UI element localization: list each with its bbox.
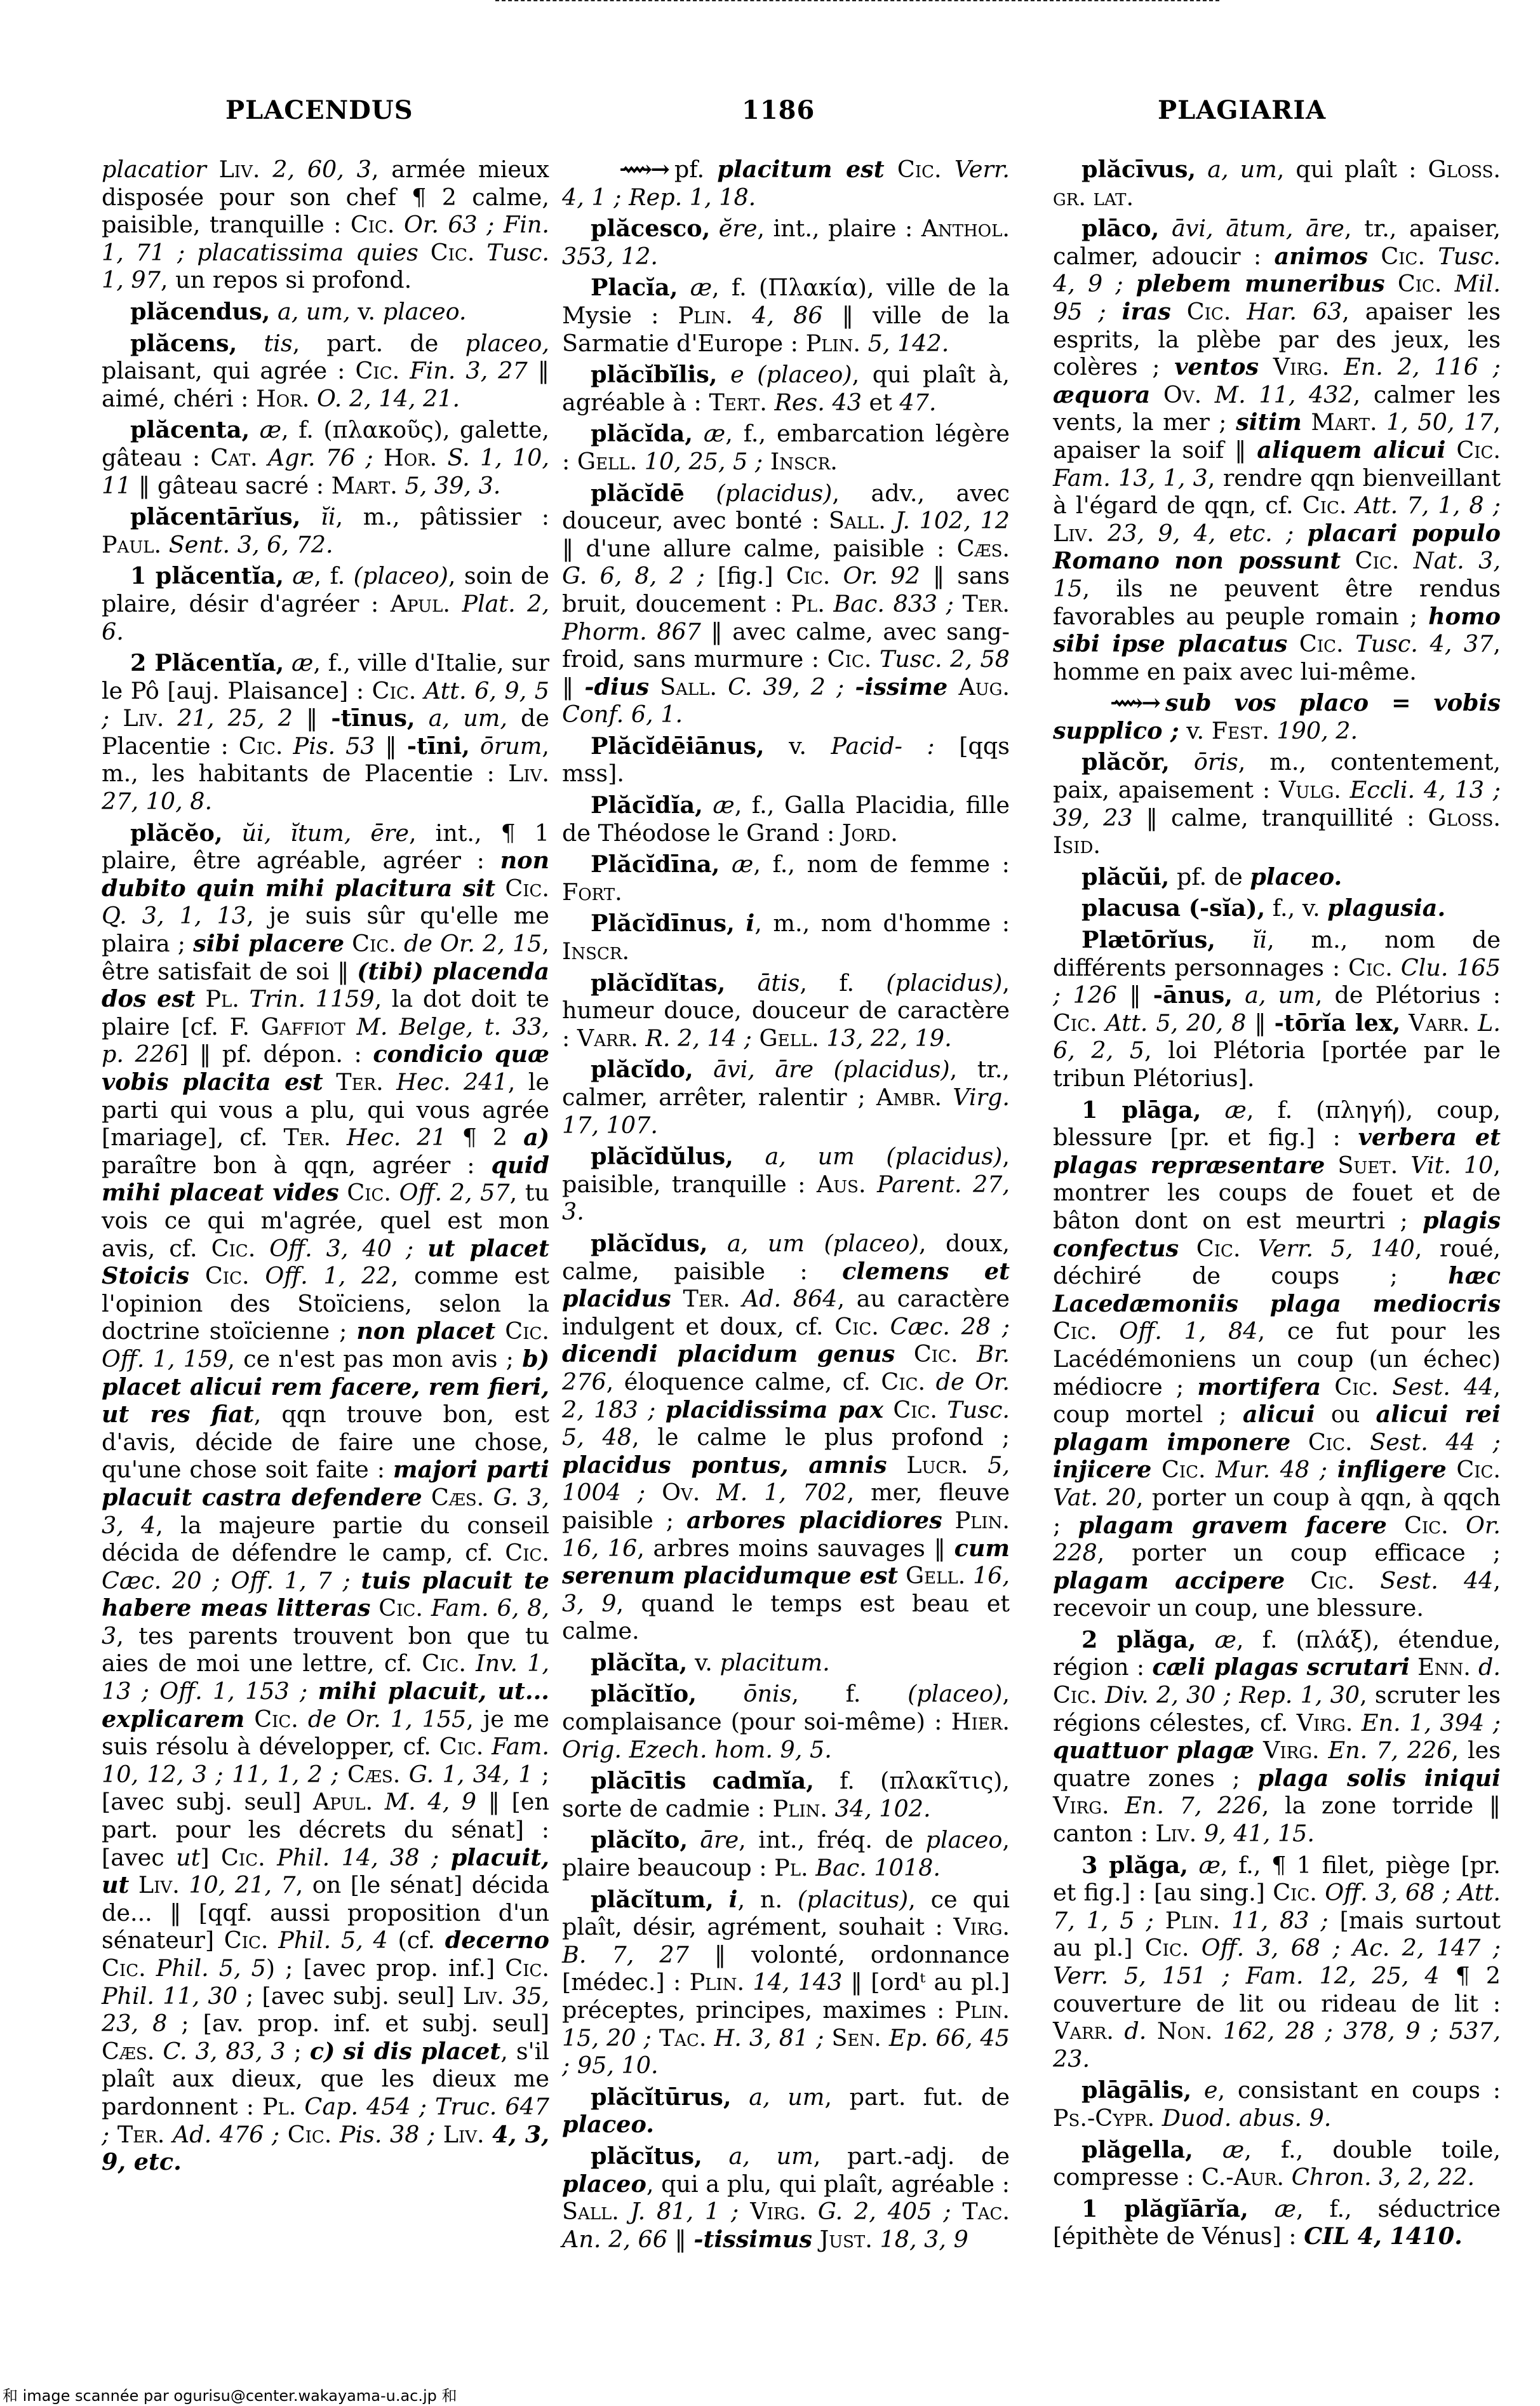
- entry-text: [495, 875, 505, 902]
- column-right: plăcīvus, a, um, qui plaît : Gloss. gr. …: [1053, 156, 1501, 2254]
- entry-text: [1341, 547, 1355, 574]
- entry-text: [423, 1594, 431, 1622]
- entry-text: Suet.: [1337, 1152, 1398, 1179]
- entry-text: [808, 1854, 816, 1881]
- entry-text: Ov.: [1163, 381, 1202, 408]
- entry-text: [1254, 1737, 1263, 1764]
- entry-text: ‖: [667, 2226, 693, 2253]
- entry-text: [1445, 436, 1456, 464]
- entry-text: Sest. 44: [1380, 1567, 1493, 1594]
- dictionary-entry: plăcĭbĭlis, e (placeo), qui plaît à, agr…: [562, 361, 1010, 416]
- entry-text: i: [729, 1886, 738, 1913]
- entry-text: Cat.: [210, 444, 257, 471]
- entry-text: Hec. 21: [347, 1124, 446, 1151]
- headword: plăcĭtūrus,: [591, 2083, 732, 2111]
- entry-text: æ: [1215, 1626, 1236, 1653]
- left-guide-word: PLACENDUS: [225, 95, 413, 125]
- entry-text: Virg.: [953, 1913, 1010, 1940]
- entry-text: [714, 1886, 729, 1913]
- entry-text: ĭi: [321, 503, 335, 530]
- entry-text: [671, 1285, 683, 1312]
- entry-text: [1154, 1907, 1165, 1934]
- entry-text: , la majeure partie du conseil décida de…: [102, 1512, 549, 1567]
- entry-text: [161, 531, 169, 558]
- entry-text: Virg.: [1263, 1737, 1320, 1764]
- entry-text: alicui: [1243, 1401, 1315, 1428]
- entry-text: tis: [264, 330, 292, 357]
- dictionary-entry: plăgella, æ, f., double toile, compresse…: [1053, 2136, 1501, 2191]
- entry-text: , f.: [314, 562, 354, 589]
- entry-text: [951, 2198, 963, 2225]
- entry-text: Cic.: [1187, 298, 1231, 325]
- entry-text: d.: [1124, 2017, 1146, 2045]
- entry-text: [1189, 1934, 1201, 1961]
- entry-text: [730, 1285, 742, 1312]
- entry-text: placidus pontus, amnis: [562, 1451, 887, 1479]
- entry-text: , éloquence calme, cf.: [606, 1368, 881, 1395]
- entry-text: Hec. 241: [396, 1068, 508, 1096]
- dictionary-entry: plăcĭta, v. placitum.: [562, 1649, 1010, 1677]
- entry-text: Cic.: [505, 1954, 549, 1982]
- entry-text: [495, 1317, 505, 1345]
- entry-text: Cic.: [505, 875, 549, 902]
- entry-text: ou: [1315, 1401, 1376, 1428]
- entry-text: [700, 1479, 716, 1506]
- dictionary-entry: plăcĭdo, āvi, āre (placidus), tr., calme…: [562, 1056, 1010, 1139]
- page-header: PLACENDUS 1186 PLAGIARIA: [0, 95, 1540, 127]
- entry-text: , m., pâtissier :: [336, 503, 550, 530]
- dictionary-entry: Plăcĭdēiānus, v. Pacid- : [qqs mss].: [562, 732, 1010, 788]
- entry-text: [437, 444, 447, 471]
- entry-text: Off. 1, 22: [265, 1262, 391, 1289]
- entry-text: Verr. 5, 140: [1258, 1235, 1415, 1262]
- dictionary-entry: plăcentārĭus, ĭi, m., pâtissier : Paul. …: [102, 503, 549, 558]
- entry-text: , arbres moins sauvages ‖: [637, 1535, 954, 1562]
- entry-text: [339, 1179, 347, 1206]
- dictionary-entry: plăcĭda, æ, f., embarcation légère : Gel…: [562, 420, 1010, 475]
- entry-text: iras: [1122, 298, 1171, 325]
- entry-text: [255, 1235, 269, 1262]
- entry-text: [652, 2024, 659, 2052]
- dictionary-entry: 2 plăga, æ, f. (πλάξ), étendue, région :…: [1053, 1626, 1501, 1848]
- entry-text: Cic.: [505, 1539, 549, 1566]
- entry-text: Lucr.: [906, 1451, 968, 1479]
- entry-text: [866, 1171, 877, 1198]
- entry-text: [1196, 156, 1207, 183]
- entry-text: Cic.: [1162, 1456, 1206, 1483]
- entry-text: d.: [1478, 1653, 1501, 1681]
- entry-text: Apul.: [391, 590, 450, 617]
- entry-text: 10, 21, 7: [189, 1871, 295, 1899]
- entry-text: [1097, 1317, 1120, 1345]
- dictionary-entry: plăcĕo, ŭi, ĭtum, ēre, int., ¶ 1 plaire,…: [102, 819, 549, 2176]
- entry-text: Duod. abus. 9.: [1162, 2104, 1332, 2132]
- entry-text: si dis placet: [343, 2038, 500, 2065]
- entry-text: Cic.: [351, 211, 395, 238]
- entry-text: [1191, 2076, 1204, 2104]
- entry-text: Varr.: [577, 1025, 638, 1052]
- entry-text: -dius: [584, 673, 649, 701]
- entry-text: [752, 1025, 760, 1052]
- entry-text: [345, 1013, 357, 1040]
- scan-top-edge: [495, 0, 1219, 3]
- entry-text: [812, 2226, 820, 2253]
- entry-text: [384, 1068, 396, 1096]
- entry-text: , part. fut. de: [824, 2083, 1010, 2111]
- entry-text: Res. 43: [774, 389, 861, 416]
- entry-text: e: [1204, 2076, 1218, 2104]
- entry-text: Cic.: [221, 1844, 265, 1871]
- scan-credit: 和 image scannée par ogurisu@center.wakay…: [3, 2383, 457, 2405]
- entry-text: Cic.: [1310, 1567, 1355, 1594]
- entry-text: [415, 704, 429, 732]
- headword: plăcĭtus,: [591, 2142, 702, 2170]
- entry-text: Phil. 5, 4: [278, 1926, 388, 1954]
- entry-text: -ānus,: [1153, 981, 1233, 1009]
- entry-text: ut: [176, 1844, 200, 1871]
- entry-text: [824, 2024, 832, 2052]
- entry-text: [645, 1479, 662, 1506]
- entry-text: , f.: [791, 1680, 907, 1707]
- headword: plăcĭdē: [591, 480, 685, 507]
- entry-text: Liv.: [123, 704, 164, 732]
- entry-text: æ: [1275, 2195, 1296, 2222]
- entry-text: Vat. 20: [1053, 1484, 1136, 1511]
- entry-text: Sent. 3, 6, 72.: [169, 531, 333, 558]
- entry-text: Fin. 3, 27: [410, 357, 527, 384]
- entry-text: , consistant en coups :: [1218, 2076, 1501, 2104]
- entry-text: Off. 1, 159: [102, 1345, 227, 1373]
- entry-text: Mur. 48 ;: [1215, 1456, 1327, 1483]
- entry-text: [1368, 243, 1381, 270]
- headword: 1 plāga,: [1081, 1096, 1201, 1124]
- entry-text: Cic.: [1053, 1681, 1097, 1709]
- entry-text: 47.: [899, 389, 936, 416]
- entry-text: Cic.: [1308, 1428, 1353, 1456]
- entry-text: [206, 156, 219, 183]
- entry-text: [718, 361, 731, 388]
- entry-text: [947, 673, 958, 701]
- entry-text: [1353, 1428, 1370, 1456]
- entry-text: [942, 1084, 953, 1111]
- entry-text: Gell.: [906, 1562, 965, 1589]
- entry-text: [485, 2121, 493, 2148]
- entry-text: [416, 677, 424, 704]
- entry-text: [1196, 1626, 1215, 1653]
- entry-text: [335, 2038, 343, 2065]
- entry-text: Non.: [1157, 2017, 1213, 2045]
- entry-text: (cf.: [388, 1926, 445, 1954]
- entry-text: infligere: [1337, 1456, 1447, 1483]
- entry-text: Cic.: [352, 930, 396, 957]
- entry-text: Pis. 53: [293, 732, 375, 760]
- dictionary-entry: plăcĭtūrus, a, um, part. fut. de placeo.: [562, 2083, 1010, 2139]
- entry-text: (placidus): [886, 969, 1002, 997]
- entry-text: [1231, 298, 1247, 325]
- entry-text: (placeo): [354, 562, 448, 589]
- entry-text: Off. 3, 40 ;: [269, 1235, 413, 1262]
- entry-text: æ: [732, 850, 753, 878]
- entry-text: Hier.: [951, 1708, 1010, 1735]
- entry-text: [189, 1262, 205, 1289]
- entry-text: [331, 2121, 340, 2148]
- entry-text: R. 2, 14 ;: [645, 1025, 751, 1052]
- entry-text: f., v.: [1265, 894, 1327, 922]
- headword: placusa (-sĭa),: [1081, 894, 1265, 922]
- headword: plăcĭdŭlus,: [591, 1143, 733, 1170]
- entry-text: [732, 2083, 749, 2111]
- entry-text: , de Plétorius :: [1315, 981, 1501, 1009]
- entry-text: Cic.: [439, 1733, 484, 1760]
- entry-text: 34, 102.: [835, 1795, 931, 1822]
- entry-text: a, um,: [278, 298, 351, 325]
- entry-text: Virg.: [1273, 353, 1330, 380]
- entry-text: Cic.: [1273, 1879, 1317, 1906]
- entry-text: [270, 298, 278, 325]
- dictionary-entry: plăcītis cadmĭa, f. (πλακῖτις), sorte de…: [562, 1767, 1010, 1822]
- entry-text: [619, 2198, 631, 2225]
- entry-text: [1240, 1235, 1258, 1262]
- entry-text: Plin.: [1165, 1907, 1220, 1934]
- entry-text: b): [522, 1345, 549, 1373]
- headword: plăcĭtum,: [591, 1886, 714, 1913]
- entry-text: Cic.: [378, 1594, 423, 1622]
- entry-text: [1329, 353, 1344, 380]
- entry-text: Hor.: [384, 444, 437, 471]
- entry-text: H. 3, 81 ;: [714, 2024, 824, 2052]
- entry-text: Gell.: [759, 1025, 819, 1052]
- entry-text: [435, 2121, 443, 2148]
- entry-text: 190, 2.: [1276, 717, 1358, 744]
- headword: plăcŏr,: [1081, 748, 1170, 776]
- entry-text: En. 1, 394 ;: [1362, 1709, 1501, 1737]
- entry-text: [422, 1484, 431, 1511]
- entry-text: a, um,: [429, 704, 507, 732]
- entry-text: [1400, 1009, 1409, 1037]
- entry-text: pf. de: [1169, 863, 1250, 890]
- entry-text: B. 7, 27: [562, 1941, 689, 1968]
- entry-text: [396, 930, 404, 957]
- entry-text: i: [746, 910, 754, 937]
- entry-text: c): [310, 2038, 335, 2065]
- dictionary-entry: Plăcĭdīnus, i, m., nom d'homme : Inscr.: [562, 910, 1010, 965]
- entry-text: Cic.: [1456, 1456, 1501, 1483]
- entry-text: æ: [1222, 2136, 1244, 2163]
- entry-text: [109, 2121, 117, 2148]
- entry-text: C.-Aur.: [1202, 2163, 1284, 2191]
- entry-text: [1212, 2017, 1223, 2045]
- entry-text: [763, 448, 770, 475]
- entry-text: Pl.: [774, 1854, 808, 1881]
- entry-text: [283, 732, 293, 760]
- entry-text: placidissima pax: [666, 1396, 883, 1423]
- entry-text: [1379, 1373, 1392, 1401]
- entry-text: [942, 156, 954, 183]
- entry-text: [323, 1068, 336, 1096]
- entry-text: [1399, 547, 1413, 574]
- entry-text: [109, 704, 123, 732]
- dictionary-entry: plăcenta, æ, f. (πλακοῦς), galette, gâte…: [102, 416, 549, 499]
- entry-text: placeo: [562, 2170, 646, 2198]
- headword: plăcĭdus,: [591, 1230, 707, 1257]
- entry-text: placatior: [102, 156, 206, 183]
- entry-text: arbores placidiores: [686, 1507, 942, 1534]
- entry-text: Sall.: [660, 673, 717, 701]
- entry-text: æ: [1225, 1096, 1247, 1124]
- entry-text: , le calme le plus profond ;: [632, 1423, 1010, 1451]
- entry-text: æ: [292, 562, 314, 589]
- entry-text: [373, 1788, 385, 1815]
- entry-text: [1215, 926, 1252, 953]
- headword: Plăcĭdīnus,: [591, 910, 735, 937]
- headword: plăcŭi,: [1081, 863, 1169, 890]
- entry-text: [265, 1844, 277, 1871]
- entry-text: [830, 562, 843, 589]
- entry-text: [881, 2024, 889, 2052]
- entry-text: , porter un coup efficace ;: [1097, 1539, 1501, 1566]
- entry-text: Liv.: [463, 1982, 504, 2010]
- entry-text: Pl.: [205, 985, 239, 1012]
- entry-text: plaga solis iniqui: [1257, 1764, 1501, 1792]
- entry-text: [1097, 1681, 1105, 1709]
- entry-text: [1123, 270, 1136, 297]
- entry-text: ‖: [1246, 1009, 1274, 1037]
- entry-text: Tac.: [659, 2024, 707, 2052]
- entry-text: [470, 732, 480, 760]
- entry-text: , ce n'est pas mon avis ;: [227, 1345, 522, 1373]
- entry-text: Cic.: [1196, 1235, 1241, 1262]
- entry-text: plagam accipere: [1053, 1567, 1285, 1594]
- column-left: placatior Liv. 2, 60, 3, armée mieux dis…: [102, 156, 549, 2180]
- entry-text: decerno: [445, 1926, 549, 1954]
- headword: plăcītis cadmĭa,: [591, 1767, 814, 1794]
- entry-text: [819, 1025, 827, 1052]
- entry-text: [1196, 1820, 1204, 1847]
- entry-text: [237, 330, 264, 357]
- entry-text: Sest. 44: [1392, 1373, 1493, 1401]
- entry-text: [250, 1262, 265, 1289]
- entry-text: [883, 1396, 893, 1423]
- entry-text: v.: [351, 298, 383, 325]
- entry-text: [1410, 1653, 1417, 1681]
- headword: plăcentārĭus,: [130, 503, 300, 530]
- entry-text: , quand le temps est beau et calme.: [562, 1590, 1010, 1645]
- dictionary-entry: plāco, āvi, ātum, āre, tr., apaiser, cal…: [1053, 215, 1501, 685]
- headword: 2 Plăcentĭa,: [130, 649, 284, 676]
- entry-text: Cic.: [1302, 492, 1347, 519]
- entry-text: J. 81, 1 ;: [631, 2198, 739, 2225]
- entry-text: a, um (placidus): [765, 1143, 1003, 1170]
- entry-text: Cic.: [288, 2121, 332, 2148]
- headword: plāco,: [1081, 215, 1159, 242]
- entry-text: [258, 444, 268, 471]
- entry-text: [725, 969, 757, 997]
- entry-text: [351, 1567, 361, 1594]
- headword: plăcĭdo,: [591, 1056, 693, 1083]
- entry-text: , qui plaît :: [1277, 156, 1428, 183]
- entry-text: [309, 385, 317, 412]
- entry-text: Cic.: [356, 357, 400, 384]
- entry-text: mortifera: [1197, 1373, 1321, 1401]
- entry-text: [937, 1396, 947, 1423]
- entry-text: Cic.: [893, 1396, 937, 1423]
- entry-text: Off. 1, 84: [1119, 1317, 1257, 1345]
- entry-text: injicere: [1053, 1456, 1151, 1483]
- dictionary-entry: plăcens, tis, part. de placeo, plaisant,…: [102, 330, 549, 413]
- entry-text: [697, 1680, 744, 1707]
- entry-text: [1150, 381, 1163, 408]
- entry-text: [fig.]: [705, 562, 786, 589]
- entry-text: ] ‖ pf. dépon. :: [179, 1040, 373, 1068]
- entry-text: [1179, 1235, 1196, 1262]
- headword: plăcesco,: [591, 215, 710, 242]
- entry-text: Varr.: [1053, 2017, 1114, 2045]
- entry-text: Ter.: [117, 2121, 165, 2148]
- entry-text: animos: [1274, 243, 1368, 270]
- entry-text: Liv.: [1053, 520, 1094, 547]
- headword: plăcĕo,: [130, 819, 223, 847]
- entry-text: v.: [1179, 717, 1212, 744]
- headword: plăcīvus,: [1081, 156, 1196, 183]
- entry-text: Bac. 833 ;: [833, 590, 954, 617]
- entry-text: [954, 590, 963, 617]
- entry-text: [1325, 1152, 1337, 1179]
- entry-text: [1114, 2017, 1125, 2045]
- entry-text: Cic.: [1456, 436, 1501, 464]
- entry-text: [844, 673, 855, 701]
- entry-text: Cic.: [347, 1179, 391, 1206]
- entry-text: C. 3, 83, 3: [163, 2038, 285, 2065]
- dictionary-entry: plăcĭtĭo, ōnis, f. (placeo), complaisanc…: [562, 1680, 1010, 1763]
- dictionary-entry: plăcĭdŭlus, a, um (placidus), paisible, …: [562, 1143, 1010, 1226]
- entry-text: æquora: [1053, 381, 1150, 408]
- entry-text: Tac.: [962, 2198, 1010, 2225]
- entry-text: Pis. 38 ;: [340, 2121, 435, 2148]
- dictionary-entry: ⟿→pf. placitum est Cic. Verr. 4, 1 ; Rep…: [562, 156, 1010, 211]
- entry-text: Gell.: [577, 448, 637, 475]
- entry-text: Agr. 76 ;: [268, 444, 373, 471]
- headword: plăcendus,: [130, 298, 270, 325]
- entry-text: , int., plaire :: [757, 215, 921, 242]
- entry-text: Aus.: [817, 1171, 866, 1198]
- entry-text: [1393, 954, 1401, 981]
- entry-text: 14, 143: [753, 1968, 842, 1996]
- entry-text: 5, 39, 3.: [405, 472, 501, 499]
- entry-text: Paul.: [102, 531, 161, 558]
- entry-text: [1269, 717, 1277, 744]
- entry-text: ōris: [1194, 748, 1238, 776]
- dictionary-entry: 1 plăcentĭa, æ, f. (placeo), soin de pla…: [102, 562, 549, 645]
- entry-text: æ: [713, 791, 734, 819]
- entry-text: plebem muneribus: [1136, 270, 1385, 297]
- entry-text: [1201, 1096, 1224, 1124]
- entry-text: [1398, 1152, 1410, 1179]
- entry-text: ‖ calme, tranquillité :: [1133, 804, 1428, 831]
- entry-text: Chron. 3, 2, 22.: [1292, 2163, 1475, 2191]
- column-middle: ⟿→pf. placitum est Cic. Verr. 4, 1 ; Rep…: [562, 156, 1010, 2257]
- entry-text: Cic.: [881, 1368, 925, 1395]
- entry-text: [1346, 492, 1355, 519]
- entry-text: [483, 1733, 492, 1760]
- entry-text: 11, 83 ;: [1231, 1907, 1329, 1934]
- entry-text: , f. (: [281, 416, 333, 443]
- entry-text: 18, 3, 9: [880, 2226, 968, 2253]
- entry-text: [688, 1826, 700, 1853]
- entry-text: [1109, 1792, 1125, 1819]
- entry-text: cæli plagas scrutari: [1152, 1653, 1410, 1681]
- entry-text: ŭi, ĭtum, ēre: [242, 819, 409, 847]
- entry-text: Cic.: [1381, 243, 1425, 270]
